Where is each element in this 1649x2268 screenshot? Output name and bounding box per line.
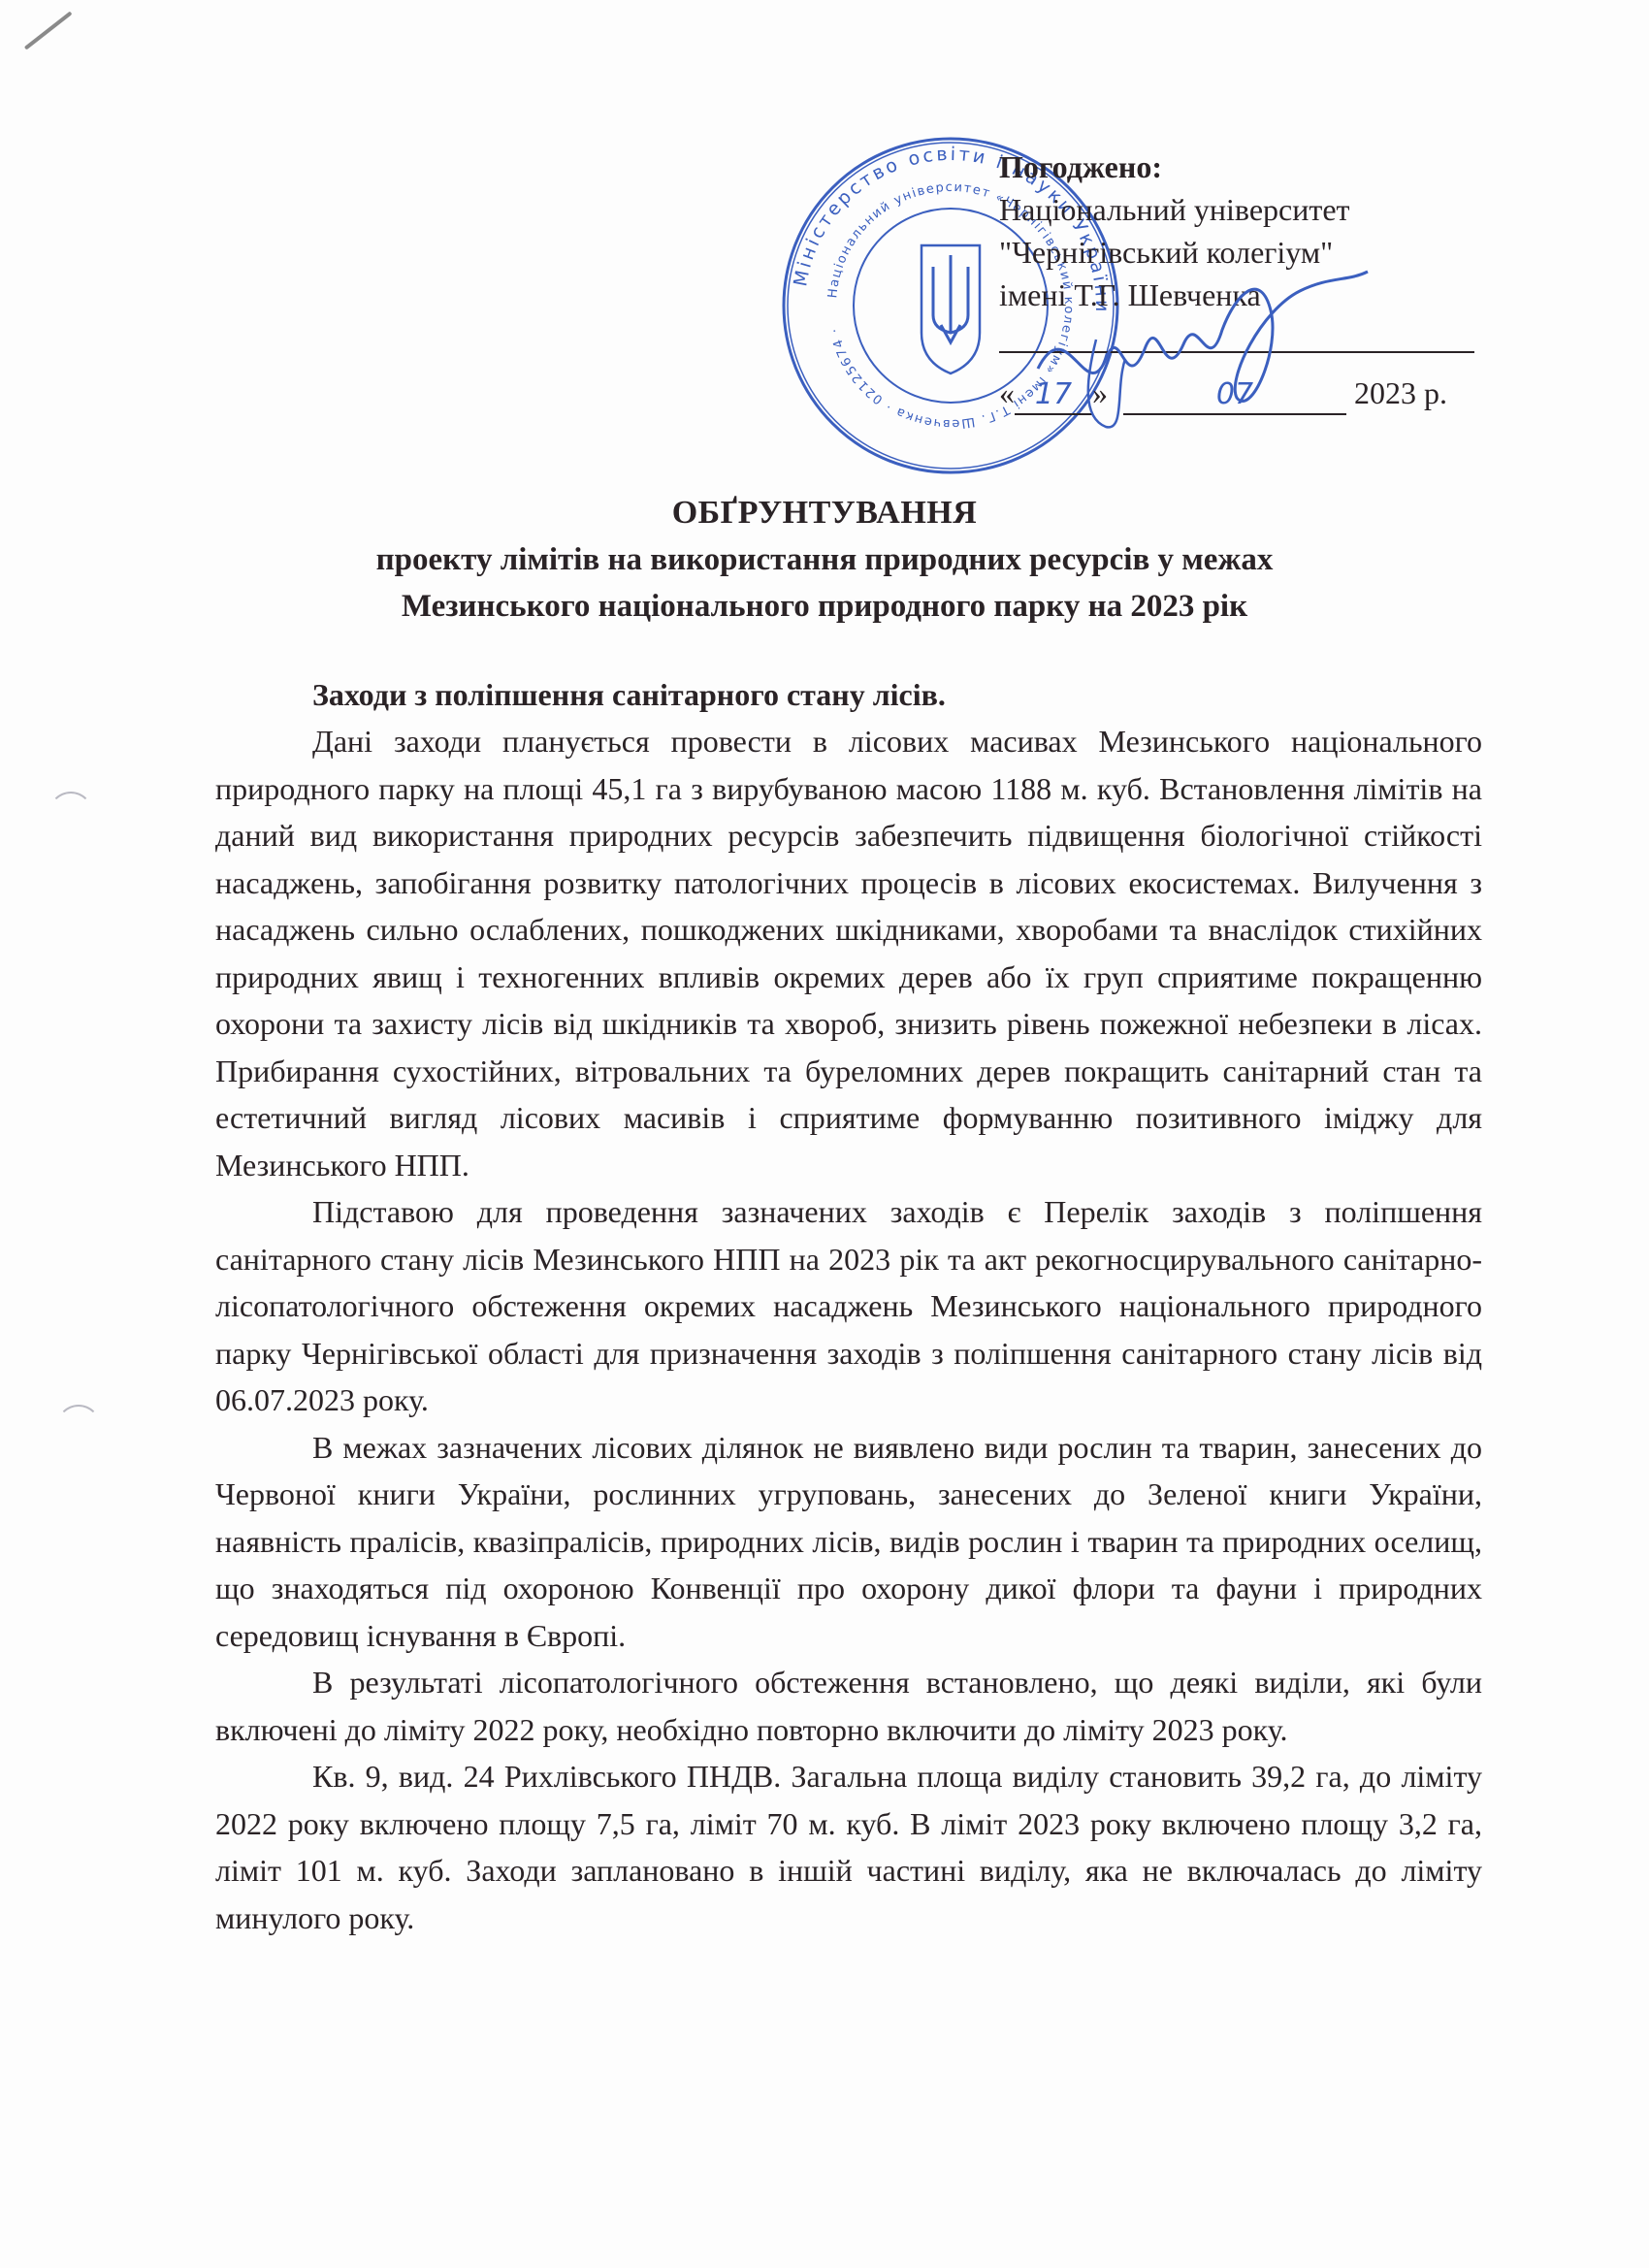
punch-hole-mark [48, 792, 93, 836]
document-body: Заходи з поліпшення санітарного стану лі… [215, 671, 1482, 1941]
paragraph: В межах зазначених лісових ділянок не ви… [215, 1424, 1482, 1660]
approval-heading: Погоджено: [999, 146, 1474, 188]
approval-org-line-1: Національний університет [999, 188, 1474, 231]
document-title: ОБҐРУНТУВАННЯ проекту лімітів на викорис… [0, 490, 1649, 630]
pen-mark [24, 11, 73, 49]
paragraph: Дані заходи планується провести в лісови… [215, 718, 1482, 1188]
paragraph: Підставою для проведення зазначених захо… [215, 1188, 1482, 1424]
title-line-2: проекту лімітів на використання природни… [0, 536, 1649, 583]
paragraph: В результаті лісопатологічного обстеженн… [215, 1659, 1482, 1753]
punch-hole-mark [56, 1405, 101, 1449]
title-line-3: Мезинського національного природного пар… [0, 583, 1649, 630]
paragraph: Кв. 9, вид. 24 Рихлівського ПНДВ. Загаль… [215, 1753, 1482, 1941]
quote-open: « [999, 375, 1015, 410]
handwritten-signature-icon [1028, 252, 1377, 437]
title-main: ОБҐРУНТУВАННЯ [0, 490, 1649, 536]
section-heading: Заходи з поліпшення санітарного стану лі… [312, 671, 1482, 718]
